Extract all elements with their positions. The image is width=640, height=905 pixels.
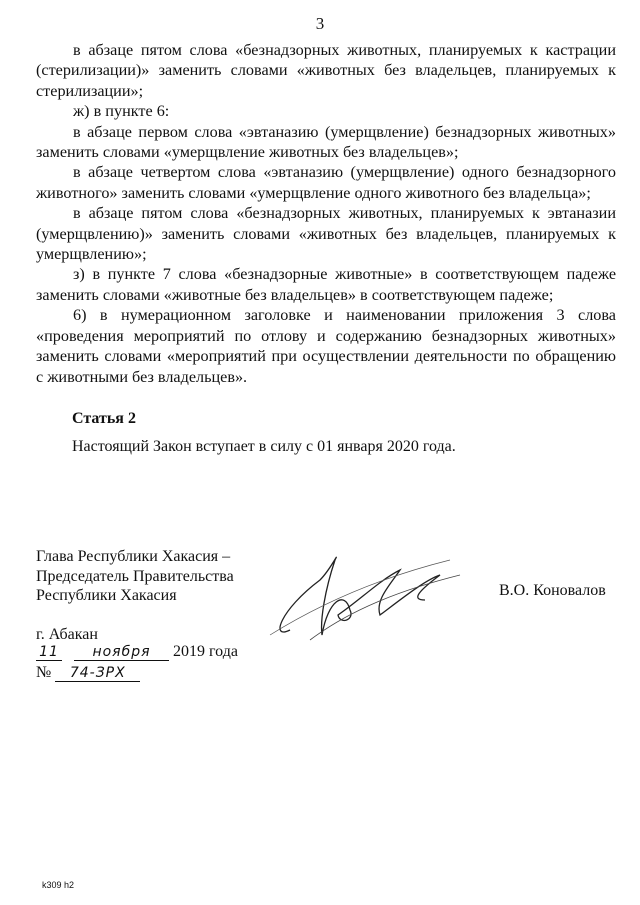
- number-sign: №: [36, 664, 51, 681]
- handwritten-signature: [250, 540, 490, 660]
- page-number: 3: [0, 14, 640, 34]
- footer-code: k309 h2: [42, 880, 74, 890]
- paragraph: в абзаце пятом слова «безнадзорных живот…: [36, 203, 616, 264]
- paragraph: 6) в нумерационном заголовке и наименова…: [36, 305, 616, 387]
- signatory-name: В.О. Коновалов: [499, 582, 606, 600]
- paragraph: в абзаце первом слова «эвтаназию (умерщв…: [36, 122, 616, 163]
- article-heading: Статья 2: [72, 410, 136, 428]
- date-month: ноября: [74, 644, 169, 661]
- signatory-title-line: Глава Республики Хакасия –: [36, 547, 234, 567]
- signatory-title-line: Председатель Правительства: [36, 567, 234, 587]
- law-number: № 74-ЗРХ: [36, 664, 140, 682]
- paragraph: в абзаце пятом слова «безнадзорных живот…: [36, 40, 616, 101]
- paragraph: ж) в пункте 6:: [36, 101, 616, 121]
- number-value: 74-ЗРХ: [55, 665, 140, 682]
- city: г. Абакан: [36, 626, 98, 644]
- paragraph: з) в пункте 7 слова «безнадзорные животн…: [36, 264, 616, 305]
- signatory-title: Глава Республики Хакасия – Председатель …: [36, 547, 234, 606]
- signatory-title-line: Республики Хакасия: [36, 586, 234, 606]
- paragraph: в абзаце четвертом слова «эвтаназию (уме…: [36, 162, 616, 203]
- document-body: в абзаце пятом слова «безнадзорных живот…: [36, 40, 616, 387]
- article-text: Настоящий Закон вступает в силу с 01 янв…: [72, 438, 456, 456]
- date-year: 2019 года: [173, 643, 238, 660]
- date-day: 11: [36, 644, 62, 661]
- signing-date: 11 ноября 2019 года: [36, 643, 238, 661]
